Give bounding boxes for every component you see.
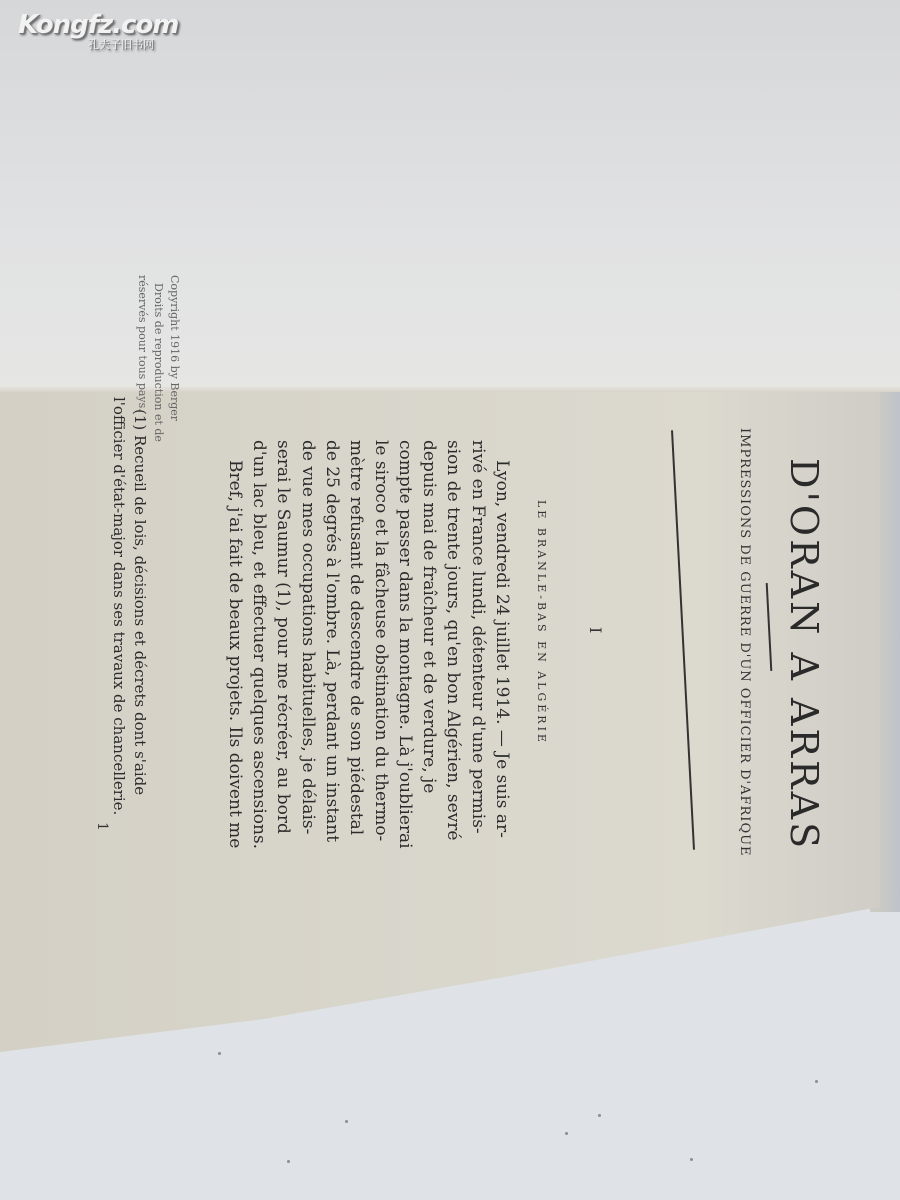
footnote-line: (1) Recueil de lois, décisions et décret… <box>129 409 150 815</box>
chapter-number: I <box>586 627 605 633</box>
body-line: Bref, j'ai fait de beaux projets. Ils do… <box>222 460 246 849</box>
dust-speck <box>598 1114 601 1117</box>
book-title: D'ORAN A ARRAS <box>782 458 826 851</box>
body-line: de vue mes occupations habituelles, je d… <box>295 440 319 849</box>
dust-speck <box>218 1052 221 1055</box>
copyright-line: Droits de reproduction et de <box>150 283 166 442</box>
body-line: compte passer dans la montagne. Là j'oub… <box>393 440 417 849</box>
body-line: mètre refusant de descendre de son piéde… <box>344 440 368 849</box>
chapter-title: LE BRANLE-BAS EN ALGÉRIE <box>535 500 548 745</box>
dust-speck <box>565 1132 568 1135</box>
page-number: 1 <box>94 822 110 831</box>
book-subtitle: IMPRESSIONS DE GUERRE D'UN OFFICIER D'AF… <box>737 428 752 857</box>
dust-speck <box>287 1160 290 1163</box>
footnote-line: l'officier d'état-major dans ses travaux… <box>108 397 129 815</box>
body-line: rivé en France lundi, détenteur d'une pe… <box>465 440 489 849</box>
body-line: le siroco et la fâcheuse obstination du … <box>368 440 392 849</box>
dust-speck <box>815 1080 818 1083</box>
body-text: Lyon, vendredi 24 juillet 1914. — Je sui… <box>222 440 514 849</box>
body-line: sion de trente jours, qu'en bon Algérien… <box>441 440 465 849</box>
watermark-logo: Kongfz.com 孔夫子旧书网 <box>18 10 178 70</box>
body-line: Lyon, vendredi 24 juillet 1914. — Je sui… <box>490 460 514 849</box>
footnote: (1) Recueil de lois, décisions et décret… <box>108 397 150 815</box>
body-line: depuis mai de fraîcheur et de verdure, j… <box>417 440 441 849</box>
dust-speck <box>345 1120 348 1123</box>
body-line: de 25 degrés à l'ombre. Là, perdant un i… <box>320 440 344 849</box>
body-line: d'un lac bleu, et effectuer quelques asc… <box>247 440 271 849</box>
copyright-line: Copyright 1916 by Berger <box>166 275 182 442</box>
body-line: serai le Saumur (1), pour me récréer, au… <box>271 440 295 849</box>
dust-speck <box>690 1158 693 1161</box>
